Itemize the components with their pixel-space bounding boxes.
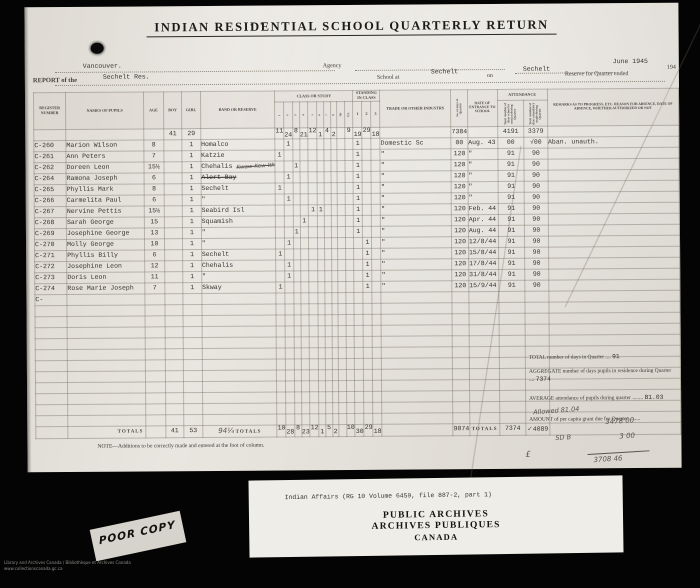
cell-att-session: 91 xyxy=(498,269,525,280)
cell-empty xyxy=(525,324,548,335)
cell-empty xyxy=(525,302,548,313)
col-standing-2: 2 xyxy=(362,101,371,127)
cell-att-made: 90 xyxy=(525,214,548,225)
cell-empty xyxy=(382,391,453,402)
cell-band: Homalco xyxy=(201,139,276,151)
cell-empty xyxy=(372,314,381,325)
cell-class-4 xyxy=(300,205,309,216)
cell-empty xyxy=(346,369,355,380)
cell-empty xyxy=(285,359,294,370)
cell-empty xyxy=(301,348,310,359)
cell-att-session: 91 xyxy=(498,225,525,236)
col-girl: GIRL xyxy=(182,92,201,129)
cell-remarks xyxy=(548,224,679,236)
cell-band: " xyxy=(201,271,276,283)
cell-empty xyxy=(184,371,203,382)
cell-empty xyxy=(202,304,277,316)
cell-empty xyxy=(364,336,373,347)
cell-class-9 xyxy=(337,205,344,216)
cell-days: 00 xyxy=(451,138,468,149)
cell-register xyxy=(34,130,66,141)
cell-empty xyxy=(67,338,145,350)
cell-att-session: 91 xyxy=(498,214,525,225)
cell-band: Seabird Isl xyxy=(201,205,276,217)
cell-empty xyxy=(310,337,319,348)
cell-class-5: 1 xyxy=(309,205,318,216)
cell-class-5 xyxy=(308,139,317,150)
aggregate-days-value: 7374 xyxy=(536,375,551,382)
cell-standing-2 xyxy=(363,215,372,226)
cell-name: Phyllis Mark xyxy=(66,184,144,196)
cell-boy: 41 xyxy=(166,426,184,438)
cell-register: C-264 xyxy=(34,174,66,185)
cell-empty xyxy=(145,294,165,305)
cell-empty xyxy=(145,305,165,316)
cell-band: " xyxy=(201,194,276,206)
cell-days: 120 xyxy=(452,259,469,270)
cell-class-10 xyxy=(345,248,354,259)
cell-empty xyxy=(363,303,372,314)
cell-age: 6 xyxy=(144,195,164,206)
cell-remarks: Aban. unauth. xyxy=(547,136,678,148)
cell-class-4 xyxy=(299,150,308,161)
cell-empty xyxy=(165,327,183,338)
cell-register xyxy=(35,349,67,360)
cell-empty xyxy=(202,414,277,426)
cell-empty xyxy=(202,370,277,382)
cell-empty xyxy=(301,370,310,381)
cell-empty xyxy=(183,305,202,316)
cell-empty xyxy=(373,347,382,358)
cell-date: Feb. 44 xyxy=(468,203,498,214)
cell-days: 120 xyxy=(452,226,469,237)
cell-register: C- xyxy=(35,294,67,305)
cell-boy xyxy=(164,206,182,217)
cell-empty xyxy=(469,302,499,313)
cell-register: C-262 xyxy=(34,163,66,174)
cell-class-5 xyxy=(308,161,317,172)
cell-trade: " xyxy=(380,171,451,182)
cell-name: Doreen Leon xyxy=(66,162,144,174)
col-days: No. of days in Quarter xyxy=(451,90,468,127)
cell-standing-2: 1 xyxy=(363,259,372,270)
cell-empty xyxy=(310,370,319,381)
cell-empty xyxy=(286,414,295,425)
cell-girl: 1 xyxy=(182,195,201,206)
cell-class-2: 1 xyxy=(285,271,294,282)
cell-empty xyxy=(285,348,294,359)
cell-date: Aug. 43 xyxy=(468,137,498,148)
cell-boy xyxy=(164,162,182,173)
cell-register xyxy=(35,316,67,327)
col-class-10: P.S. xyxy=(344,101,353,127)
cell-class-10 xyxy=(344,138,353,149)
cell-empty xyxy=(202,359,277,371)
cell-empty xyxy=(285,293,294,304)
poor-copy-slip: POOR COPY xyxy=(90,511,187,561)
cell-class-1 xyxy=(276,216,285,227)
cell-standing-1: 19 xyxy=(353,127,362,138)
cell-class-1 xyxy=(276,227,285,238)
cell-class-9 xyxy=(337,128,344,139)
cell-empty xyxy=(549,334,680,346)
cell-class-2 xyxy=(285,227,294,238)
cell-remarks xyxy=(548,180,679,192)
cell-empty xyxy=(373,380,382,391)
cell-empty xyxy=(183,338,202,349)
cell-class-9 xyxy=(337,139,344,150)
cell-standing-3 xyxy=(372,215,381,226)
cell-empty xyxy=(372,325,381,336)
cell-standing-3 xyxy=(372,193,381,204)
cell-trade xyxy=(380,127,451,138)
cell-empty xyxy=(310,403,319,414)
handwritten-sum-total: 3708 46 xyxy=(593,454,622,464)
cell-att-made: 3379 xyxy=(524,126,547,137)
cell-trade: " xyxy=(381,226,452,237)
handwritten-amount-1: 3478 00 xyxy=(605,416,634,426)
cell-band: Chehalis xyxy=(201,260,276,272)
cell-boy xyxy=(164,261,182,272)
cell-empty xyxy=(453,402,470,413)
cell-empty xyxy=(339,381,346,392)
cell-empty xyxy=(346,358,355,369)
cell-class-1 xyxy=(275,161,284,172)
cell-empty xyxy=(276,315,285,326)
cell-empty xyxy=(382,369,453,380)
cell-register: C-266 xyxy=(34,196,66,207)
cell-empty xyxy=(202,293,277,305)
cell-girl: 1 xyxy=(182,140,201,151)
cell-age: 12 xyxy=(145,261,165,272)
cell-empty xyxy=(525,335,548,346)
cell-empty xyxy=(355,325,364,336)
cell-class-5 xyxy=(309,249,318,260)
cell-empty xyxy=(276,304,285,315)
cell-empty xyxy=(469,313,499,324)
cell-class-2: 1 xyxy=(285,238,294,249)
cell-empty xyxy=(499,357,526,368)
cell-remarks xyxy=(548,279,679,291)
cell-remarks xyxy=(548,191,679,203)
quarter-summary-block: TOTAL number of days in Quarter .... 91 … xyxy=(529,353,676,431)
reserve-value: Sechelt xyxy=(523,66,550,73)
cell-class-1 xyxy=(276,238,285,249)
cell-class-1: 1 xyxy=(275,183,284,194)
cell-empty xyxy=(310,414,319,425)
cell-empty xyxy=(310,392,319,403)
group-class-or-study: CLASS OR STUDY xyxy=(275,90,353,102)
cell-trade: " xyxy=(381,248,452,259)
cell-empty xyxy=(145,371,165,382)
cell-empty xyxy=(301,403,310,414)
cell-band: Alert Bay xyxy=(201,172,276,184)
cell-band: Squamish xyxy=(201,216,276,228)
cell-register: C-260 xyxy=(34,141,66,152)
cell-empty xyxy=(355,391,364,402)
cell-empty xyxy=(381,325,452,336)
cell-standing-2 xyxy=(362,149,371,160)
cell-days: 120 xyxy=(451,171,468,182)
cell-trade: " xyxy=(381,237,452,248)
cell-class-10 xyxy=(345,171,354,182)
cell-band: Sechelt xyxy=(201,183,276,195)
cell-empty xyxy=(469,368,499,379)
cell-standing-3 xyxy=(371,149,380,160)
cell-empty xyxy=(277,381,286,392)
cell-class-2: 24 xyxy=(284,128,293,139)
cell-boy xyxy=(164,250,182,261)
cell-standing-1: 1 xyxy=(354,182,363,193)
cell-empty xyxy=(339,392,346,403)
cell-boy xyxy=(164,184,182,195)
cell-register xyxy=(35,327,67,338)
cell-empty xyxy=(346,391,355,402)
cell-att-session: 91 xyxy=(498,181,525,192)
cell-register: C-272 xyxy=(35,261,67,272)
cell-empty xyxy=(372,292,381,303)
cell-trade: " xyxy=(381,215,452,226)
cell-age: 7 xyxy=(144,151,164,162)
cell-trade: " xyxy=(381,270,452,281)
cell-empty xyxy=(145,349,165,360)
cell-class-2: 1 xyxy=(284,172,293,183)
cell-girl: 1 xyxy=(183,239,202,250)
cell-class-9 xyxy=(338,216,345,227)
cell-age: 8 xyxy=(144,184,164,195)
col-boy: BOY xyxy=(163,92,182,129)
cell-empty xyxy=(346,380,355,391)
cell-girl: 1 xyxy=(183,250,202,261)
cell-empty xyxy=(165,404,183,415)
cell-date: Aug. 44 xyxy=(468,225,498,236)
cell-empty xyxy=(67,349,145,361)
cell-empty xyxy=(346,347,355,358)
document-edge-shadow xyxy=(24,7,31,472)
cell-empty xyxy=(338,348,345,359)
cell-class-9 xyxy=(338,227,345,238)
cell-register xyxy=(36,393,68,404)
cell-empty xyxy=(499,379,526,390)
col-class-2: 2 xyxy=(284,102,293,128)
cell-empty xyxy=(301,359,310,370)
cell-empty xyxy=(549,312,680,324)
cell-standing-3 xyxy=(371,171,380,182)
cell-remarks xyxy=(548,235,679,247)
cell-empty xyxy=(355,413,364,424)
cell-empty xyxy=(339,403,346,414)
cell-remarks xyxy=(548,213,679,225)
cell-empty xyxy=(67,294,145,306)
cell-empty xyxy=(549,290,680,302)
cell-empty xyxy=(286,370,295,381)
cell-empty xyxy=(381,303,452,314)
cell-date: 15/8/44 xyxy=(468,247,498,258)
cell-girl: 1 xyxy=(182,184,201,195)
cell-class-5 xyxy=(308,172,317,183)
col-band: BAND OR RESERVE xyxy=(200,91,275,129)
total-days-value: 91 xyxy=(612,353,620,360)
cell-register: C-274 xyxy=(35,283,67,294)
cell-standing-3 xyxy=(372,248,381,259)
cell-boy xyxy=(164,228,182,239)
cell-class-4 xyxy=(300,194,309,205)
cell-class-5 xyxy=(309,238,318,249)
cell-standing-3: 18 xyxy=(371,127,380,138)
cell-class-5 xyxy=(309,282,318,293)
cell-empty xyxy=(382,336,453,347)
cell-empty xyxy=(354,314,363,325)
col-register: REGISTER NUMBER xyxy=(33,93,65,130)
cell-empty xyxy=(202,403,277,415)
cell-standing-1 xyxy=(354,281,363,292)
cell-empty xyxy=(145,316,165,327)
document-title: INDIAN RESIDENTIAL SCHOOL QUARTERLY RETU… xyxy=(24,15,678,39)
cell-empty xyxy=(183,294,202,305)
cell-empty xyxy=(301,381,310,392)
cell-standing-1 xyxy=(354,259,363,270)
cell-att-made: 90 xyxy=(525,203,548,214)
cell-empty xyxy=(373,336,382,347)
cell-remarks xyxy=(548,257,679,269)
cell-standing-2: 29 xyxy=(364,424,373,436)
cell-days: 120 xyxy=(451,182,468,193)
cell-class-9 xyxy=(337,172,344,183)
cell-register: C-265 xyxy=(34,185,66,196)
cell-age: 15½ xyxy=(144,162,164,173)
cell-register: C-267 xyxy=(34,207,66,218)
cell-standing-2 xyxy=(362,138,371,149)
cell-empty xyxy=(373,369,382,380)
cell-empty xyxy=(364,402,373,413)
cell-att-session: 4191 xyxy=(497,126,524,137)
col-class-5: 5 xyxy=(308,102,317,128)
cell-empty xyxy=(499,324,526,335)
cell-empty xyxy=(355,369,364,380)
cell-boy xyxy=(164,239,182,250)
cell-empty xyxy=(354,303,363,314)
cell-class-2 xyxy=(284,216,293,227)
cell-class-2: 28 xyxy=(286,425,295,437)
cell-empty xyxy=(309,326,318,337)
cell-empty xyxy=(373,402,382,413)
cell-standing-2 xyxy=(362,160,371,171)
cell-register: C-268 xyxy=(34,218,66,229)
cell-standing-1: 1 xyxy=(354,204,363,215)
cell-class-9 xyxy=(337,194,344,205)
cell-empty xyxy=(277,348,286,359)
cell-empty xyxy=(310,359,319,370)
cell-class-10 xyxy=(345,226,354,237)
cell-empty xyxy=(372,303,381,314)
cell-empty xyxy=(165,316,183,327)
cell-empty xyxy=(68,393,146,405)
cell-empty xyxy=(469,357,499,368)
cell-empty xyxy=(202,392,277,404)
cell-standing-1: 1 xyxy=(353,160,362,171)
col-standing-3: 3 xyxy=(371,101,380,127)
cell-empty xyxy=(67,316,145,328)
cell-date xyxy=(468,126,498,137)
cell-empty xyxy=(549,323,680,335)
cell-empty xyxy=(300,293,309,304)
cell-empty xyxy=(355,380,364,391)
cell-name: Carmelita Paul xyxy=(66,195,144,207)
cell-class-5 xyxy=(308,150,317,161)
cell-class-10: 9 xyxy=(344,127,353,138)
cell-empty xyxy=(346,413,355,424)
cell-empty xyxy=(453,413,470,424)
cell-att-session: 91 xyxy=(498,170,525,181)
cell-class-10 xyxy=(345,259,354,270)
cell-class-2: 1 xyxy=(285,260,294,271)
cell-boy xyxy=(164,173,182,184)
cell-empty xyxy=(285,337,294,348)
cell-empty xyxy=(355,347,364,358)
cell-standing-1: 1 xyxy=(354,226,363,237)
cell-girl: 1 xyxy=(183,228,202,239)
cell-class-1 xyxy=(275,194,284,205)
cell-girl: 1 xyxy=(183,261,202,272)
cell-register: C-261 xyxy=(34,152,66,163)
cell-empty xyxy=(276,293,285,304)
cell-att-session: 91 xyxy=(498,258,525,269)
cell-empty xyxy=(301,315,310,326)
cell-days: 120 xyxy=(452,248,469,259)
cell-empty xyxy=(373,358,382,369)
cell-empty xyxy=(453,358,470,369)
cell-girl: 53 xyxy=(184,426,203,438)
average-attendance-value: 81.03 xyxy=(644,394,663,401)
cell-class-4 xyxy=(300,249,309,260)
cell-class-10 xyxy=(345,182,354,193)
cell-remarks xyxy=(548,268,679,280)
cell-trade: " xyxy=(381,204,452,215)
quarter-value: June 1945 xyxy=(613,58,648,65)
cell-empty xyxy=(453,369,470,380)
cell-band: Skway xyxy=(202,282,277,294)
cell-empty xyxy=(363,325,372,336)
cell-empty xyxy=(452,314,469,325)
form-rule xyxy=(55,80,665,86)
cell-empty xyxy=(309,304,318,315)
cell-standing-1: 1 xyxy=(353,149,362,160)
cell-class-9 xyxy=(339,425,346,437)
cell-band: 94¼ TOTALS xyxy=(203,425,278,438)
cell-class-10 xyxy=(345,160,354,171)
cell-standing-3 xyxy=(372,281,381,292)
cell-standing-1: 1 xyxy=(353,138,362,149)
cell-class-5 xyxy=(308,183,317,194)
cell-att-made: 90 xyxy=(525,258,548,269)
cell-empty xyxy=(339,359,346,370)
cell-class-2 xyxy=(285,282,294,293)
cell-att-made: 90 xyxy=(524,181,547,192)
cell-empty xyxy=(470,401,500,412)
handwritten-sd-note: SD B xyxy=(555,433,571,442)
cell-att-made: 90 xyxy=(524,159,547,170)
reserve-label: Reserve for Quarter ended xyxy=(565,71,629,77)
cell-att-session: 91 xyxy=(498,280,525,291)
cell-class-9 xyxy=(337,161,344,172)
cell-girl: 1 xyxy=(182,162,201,173)
cell-class-5: 12 xyxy=(310,425,319,437)
cell-class-1: 11 xyxy=(275,128,284,139)
cell-empty xyxy=(452,303,469,314)
cell-empty xyxy=(146,382,166,393)
cell-empty xyxy=(184,404,203,415)
archival-file-label: Indian Affairs (RG 10 Volume 6459, file … xyxy=(285,491,492,501)
